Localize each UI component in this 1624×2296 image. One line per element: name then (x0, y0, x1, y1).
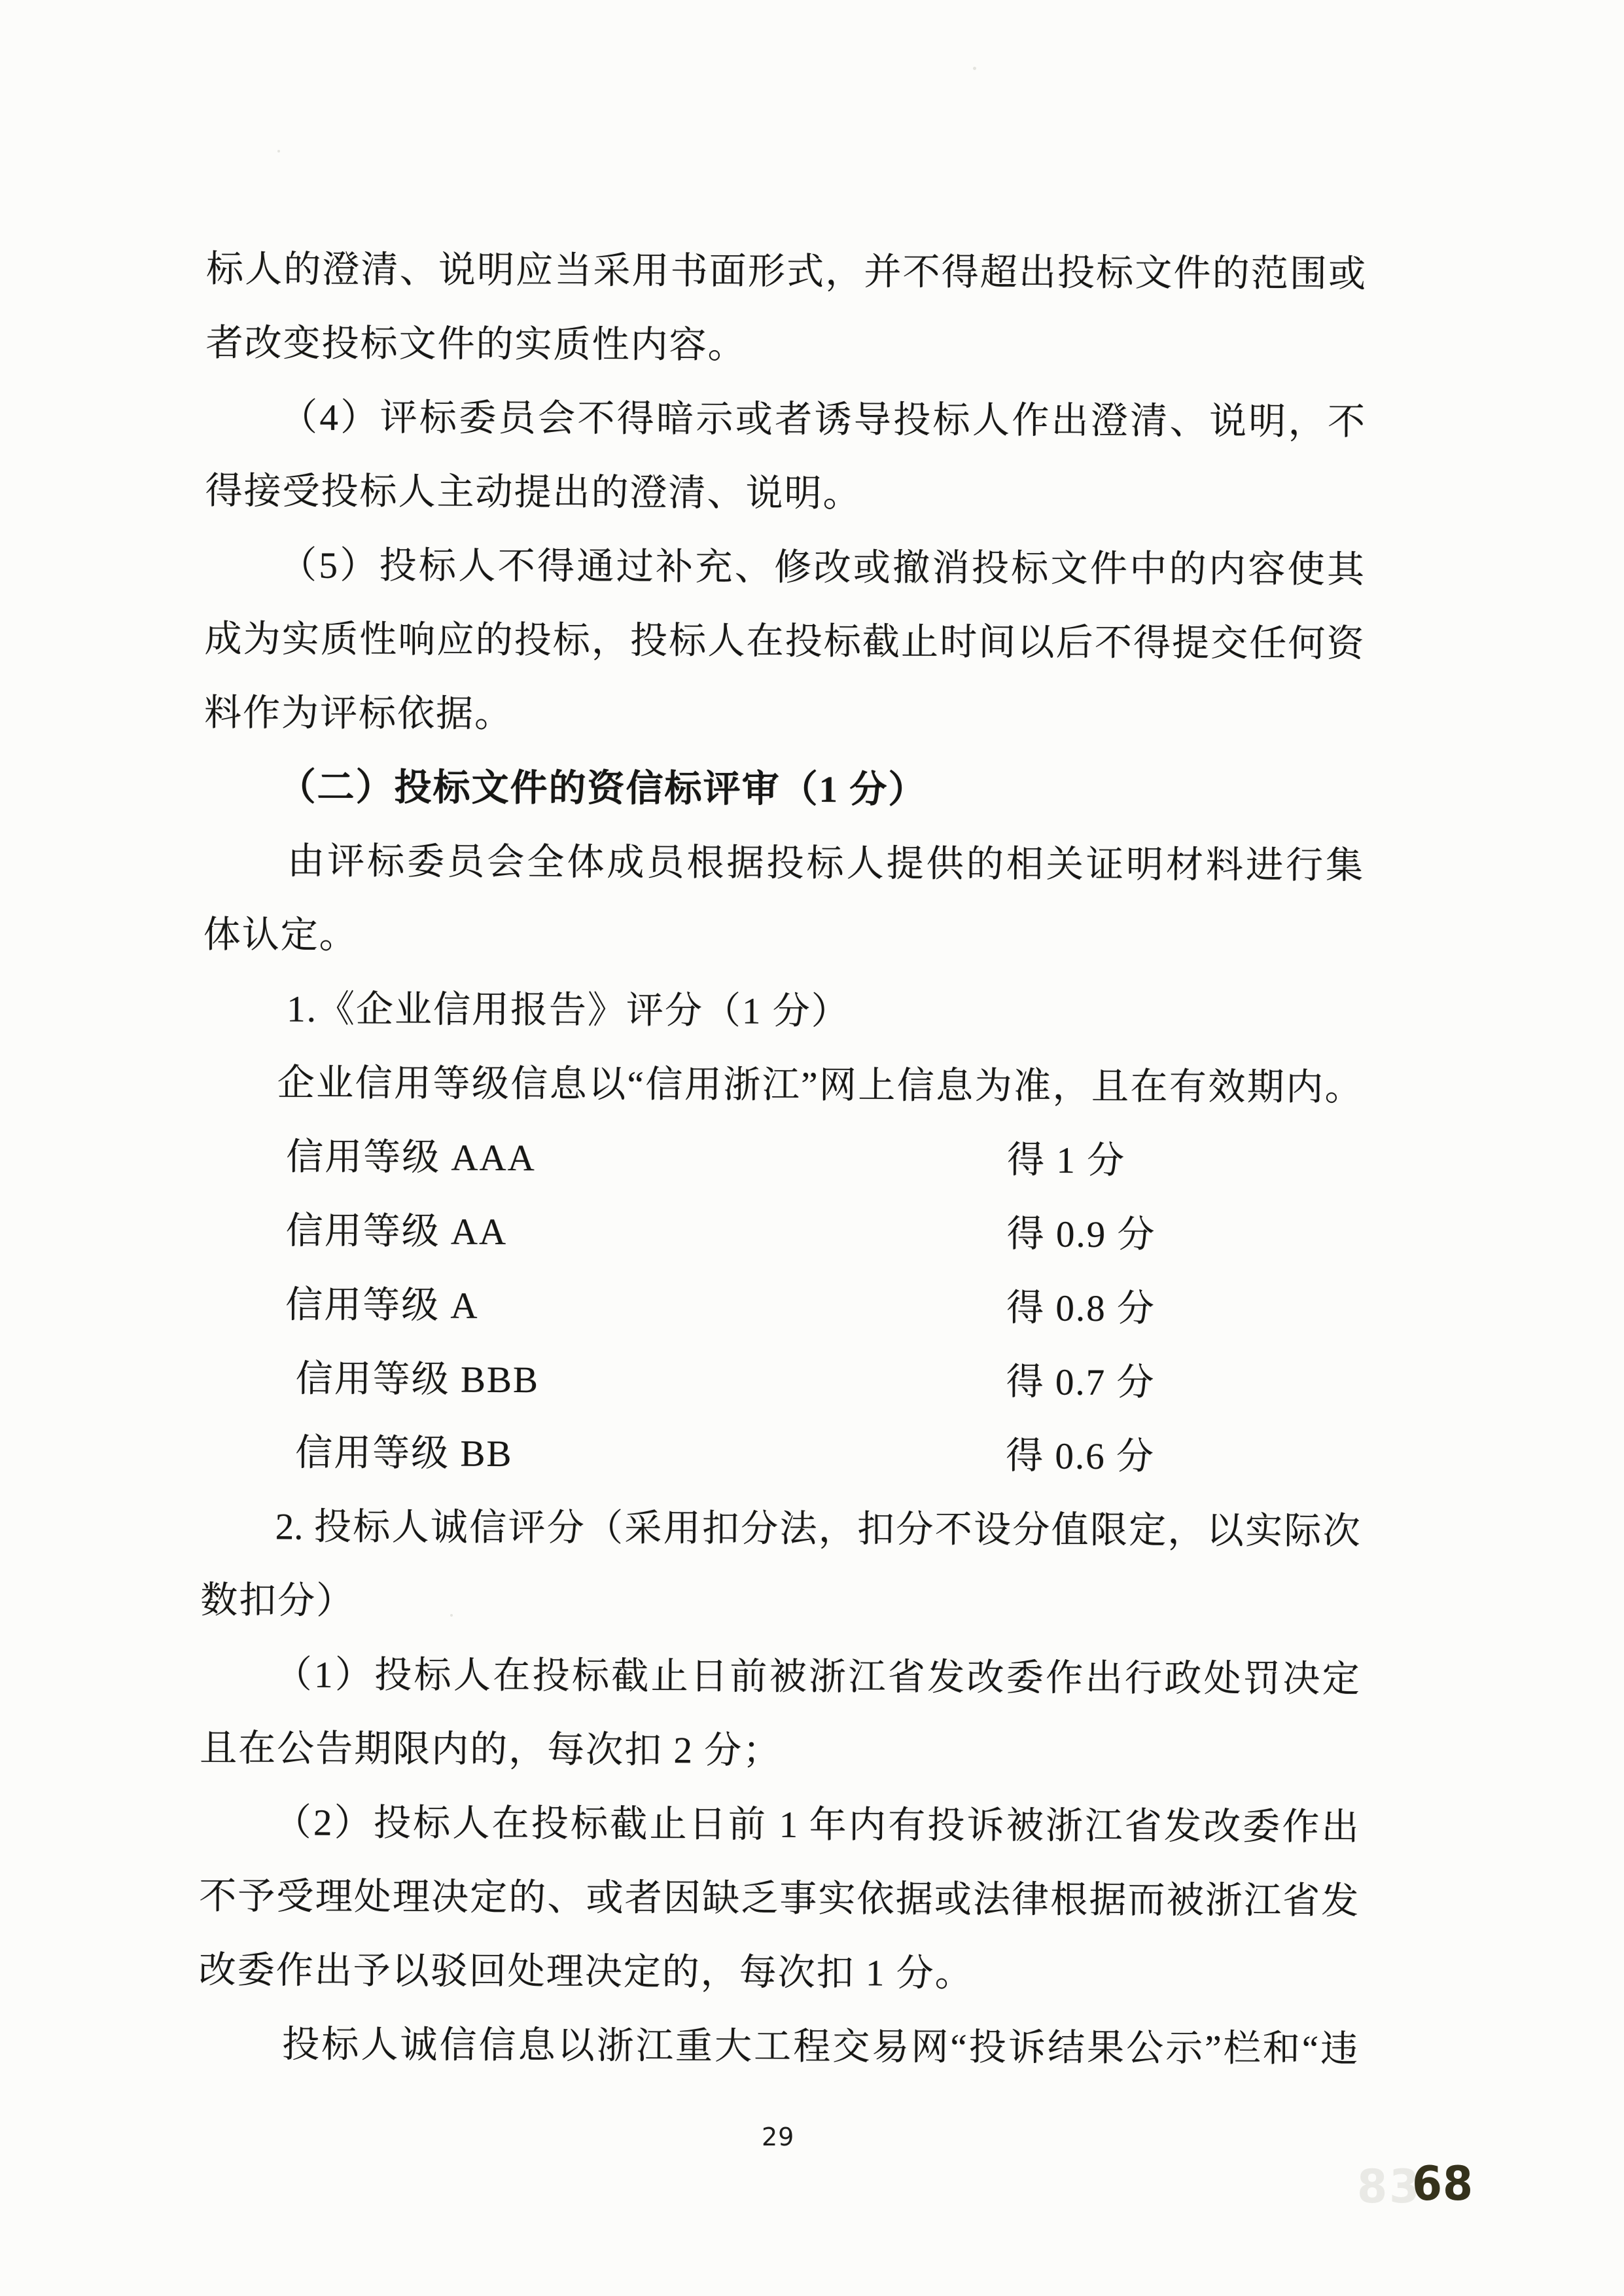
body-line-item-2: （2）投标人在投标截止日前 1 年内有投诉被浙江省发改委作出 (199, 1785, 1358, 1866)
credit-rating-row: 信用等级 BB 得 0.6 分 (201, 1415, 1360, 1496)
body-line-item-5: （5）投标人不得通过补充、修改或撤消投标文件中的内容使其 (205, 528, 1364, 609)
body-line: 数扣分） (200, 1563, 1360, 1644)
document-page: 标人的澄清、说明应当采用书面形式，并不得超出投标文件的范围或 者改变投标文件的实… (0, 0, 1624, 2296)
body-line: 者改变投标文件的实质性内容。 (205, 306, 1365, 387)
page-content: 标人的澄清、说明应当采用书面形式，并不得超出投标文件的范围或 者改变投标文件的实… (0, 0, 1624, 2296)
body-line: 由评标委员会全体成员根据投标人提供的相关证明材料进行集 (203, 823, 1363, 905)
credit-rating-row: 信用等级 AAA 得 1 分 (202, 1119, 1362, 1200)
body-line: 体认定。 (203, 897, 1362, 978)
credit-grade-label: 信用等级 BB (295, 1416, 513, 1492)
scan-artifact (973, 67, 976, 70)
credit-grade-label: 信用等级 A (285, 1267, 479, 1344)
subsection-heading: 1.《企业信用报告》评分（1 分） (203, 971, 1362, 1052)
credit-score-value: 得 0.8 分 (1006, 1270, 1156, 1347)
body-line: 得接受投标人主动提出的澄清、说明。 (205, 454, 1364, 535)
page-number: 29 (762, 2124, 794, 2150)
scan-artifact (450, 1614, 453, 1617)
body-line: 成为实质性响应的投标，投标人在投标截止时间以后不得提交任何资 (204, 601, 1364, 683)
stamp-page-number: 68 (1412, 2160, 1474, 2207)
credit-rating-row: 信用等级 BBB 得 0.7 分 (201, 1341, 1360, 1422)
credit-score-value: 得 1 分 (1007, 1122, 1126, 1199)
credit-grade-label: 信用等级 BBB (295, 1342, 539, 1419)
body-line: 标人的澄清、说明应当采用书面形式，并不得超出投标文件的范围或 (206, 232, 1366, 313)
credit-score-value: 得 0.9 分 (1006, 1196, 1156, 1273)
section-heading: （二）投标文件的资信标评审（1 分） (203, 749, 1363, 831)
credit-score-value: 得 0.7 分 (1006, 1344, 1155, 1421)
body-line: 企业信用等级信息以“信用浙江”网上信息为准，且在有效期内。 (202, 1045, 1362, 1126)
credit-grade-label: 信用等级 AA (285, 1193, 507, 1270)
credit-rating-row: 信用等级 AA 得 0.9 分 (202, 1193, 1361, 1274)
credit-rating-row: 信用等级 A 得 0.8 分 (202, 1267, 1361, 1348)
body-line: 料作为评标依据。 (204, 675, 1364, 757)
credit-grade-label: 信用等级 AAA (286, 1119, 536, 1196)
credit-score-value: 得 0.6 分 (1006, 1418, 1155, 1495)
body-line: 改委作出予以驳回处理决定的，每次扣 1 分。 (198, 1933, 1358, 2014)
subsection-heading: 2. 投标人诚信评分（采用扣分法，扣分不设分值限定，以实际次 (200, 1489, 1360, 1570)
scan-artifact (277, 150, 280, 152)
body-line-item-4: （4）评标委员会不得暗示或者诱导投标人作出澄清、说明，不 (205, 380, 1365, 461)
body-line: 且在公告期限内的，每次扣 2 分； (200, 1711, 1359, 1792)
body-line: 投标人诚信信息以浙江重大工程交易网“投诉结果公示”栏和“违 (198, 2007, 1358, 2088)
body-line: 不予受理处理决定的、或者因缺乏事实依据或法律根据而被浙江省发 (199, 1859, 1358, 1940)
body-line-item-1: （1）投标人在投标截止日前被浙江省发改委作出行政处罚决定 (200, 1637, 1359, 1718)
